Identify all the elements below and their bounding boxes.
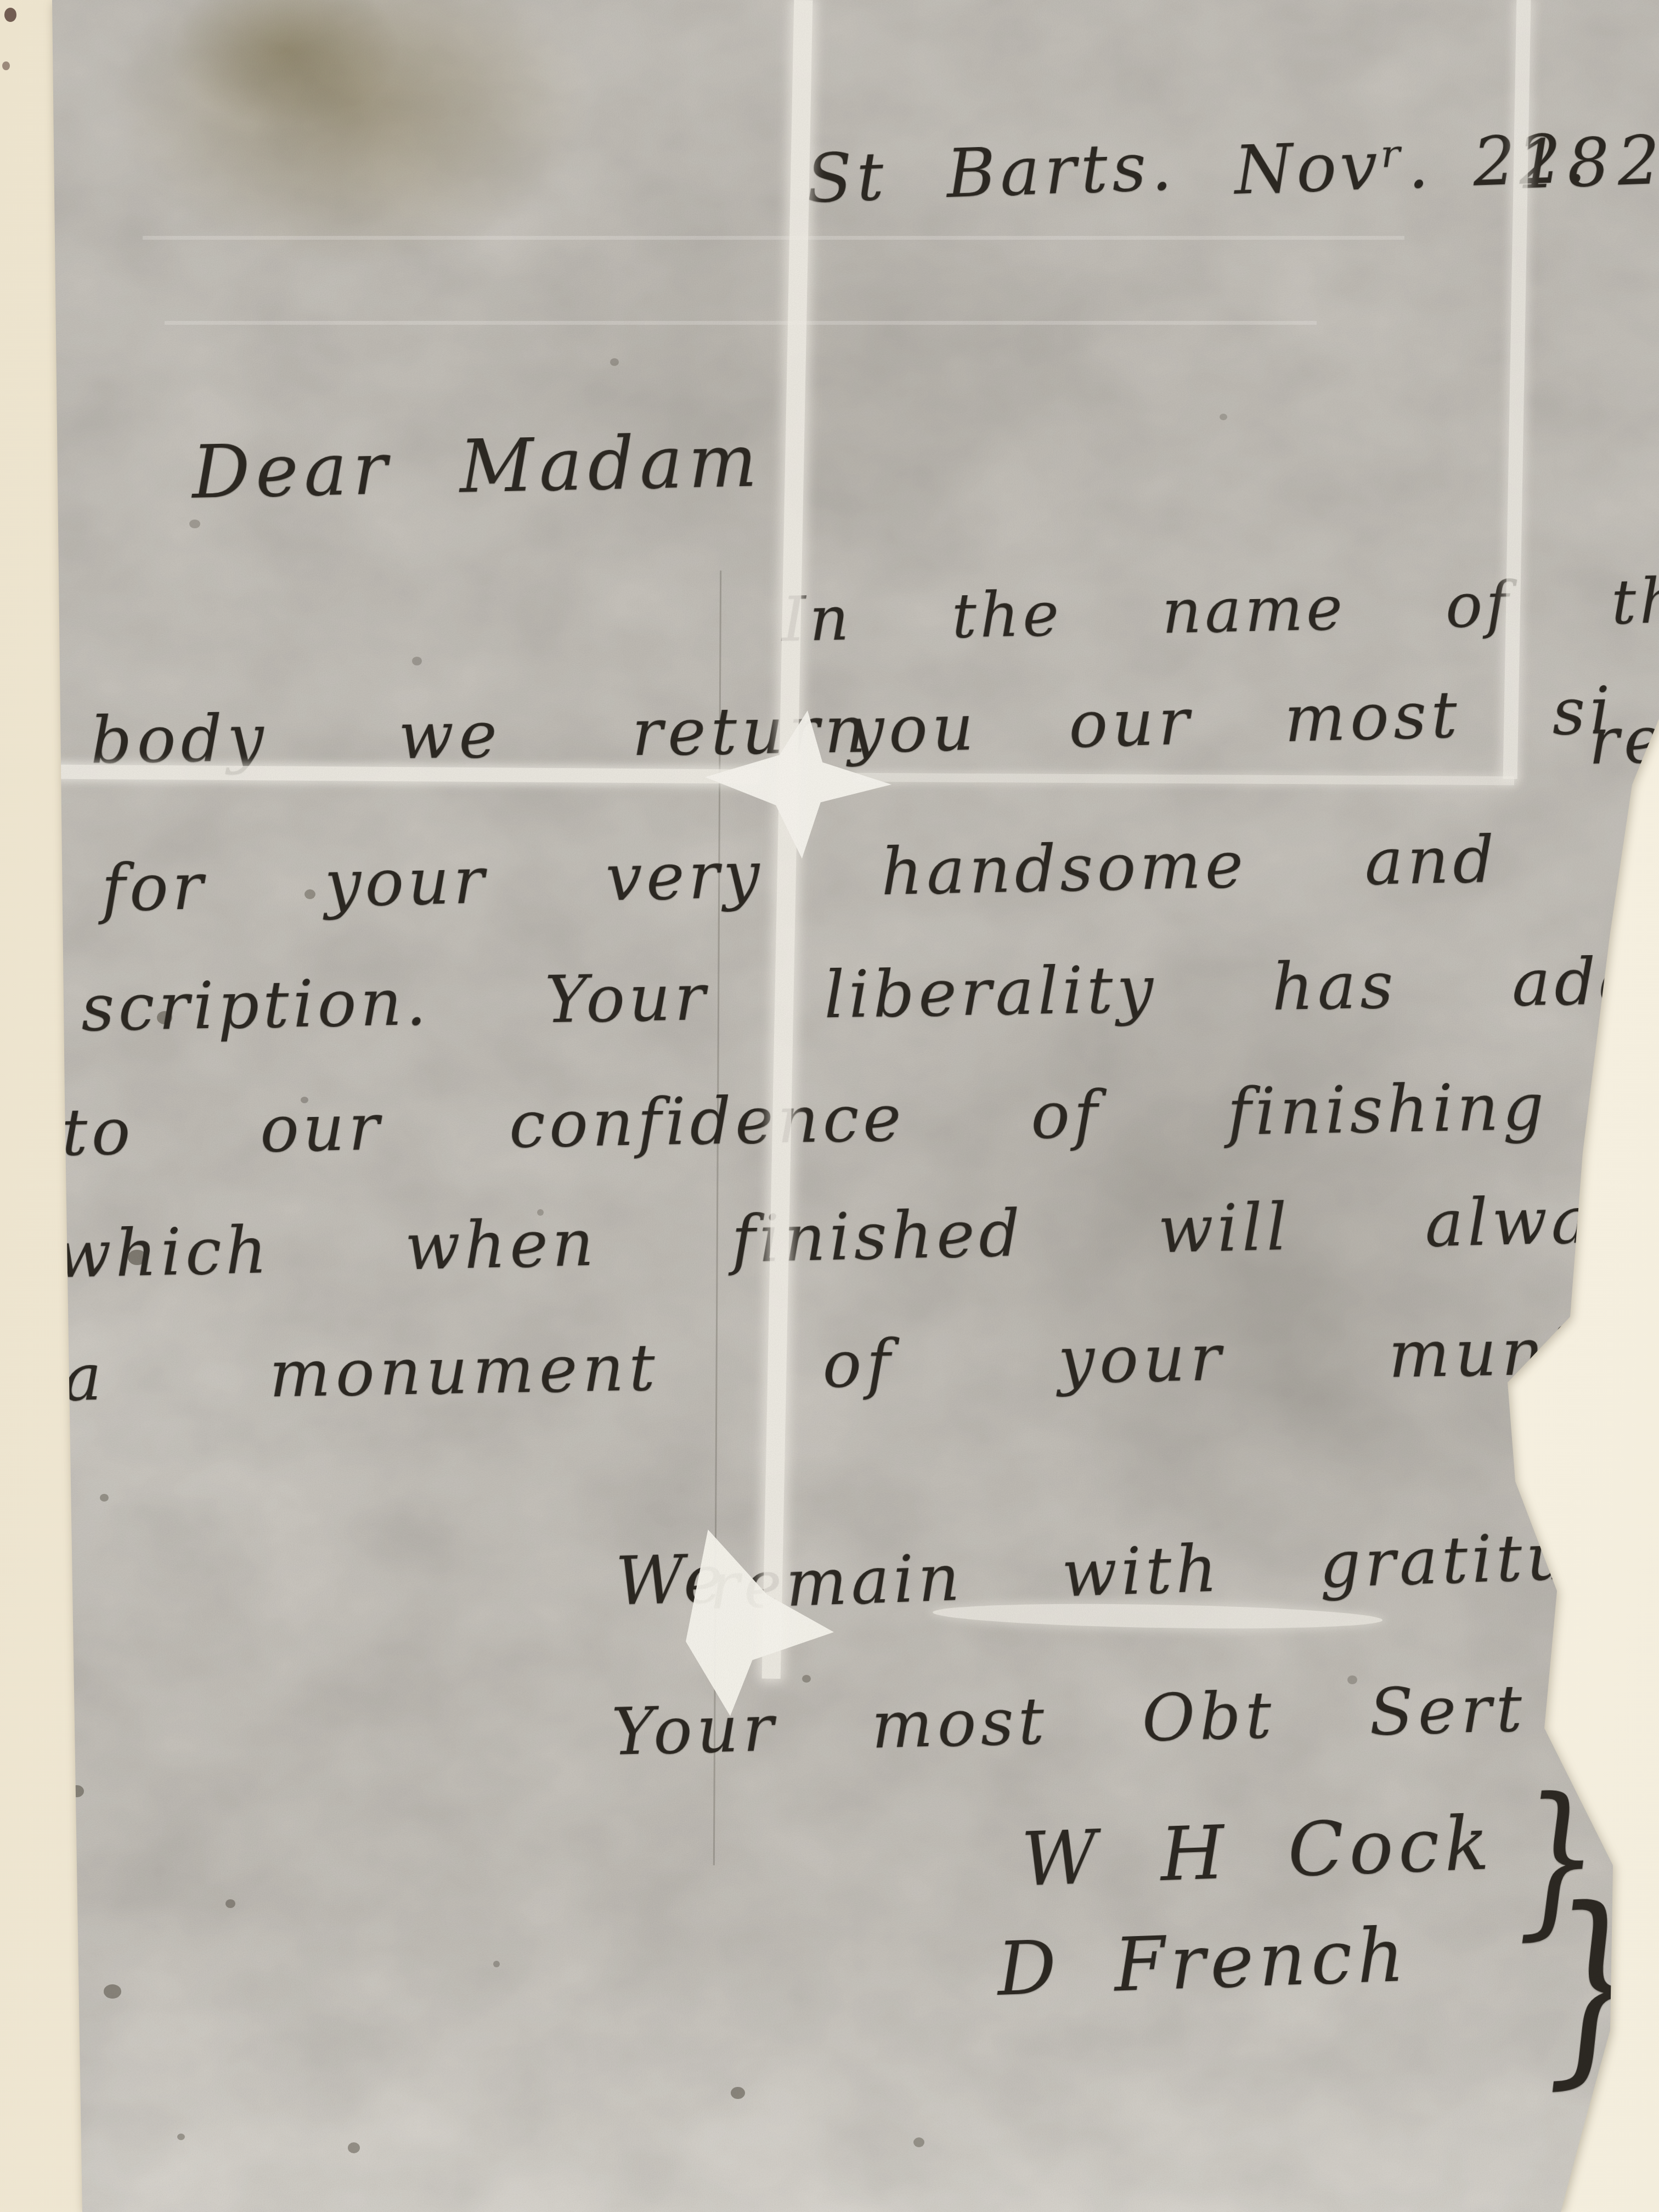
fine-grain-layer [0,0,1659,2212]
photocopy-sheet: St Barts. Novʳ. 22. 182 Dear Madam In th… [0,0,1659,2212]
photographed-page: St Barts. Novʳ. 22. 182 Dear Madam In th… [0,0,1659,2212]
